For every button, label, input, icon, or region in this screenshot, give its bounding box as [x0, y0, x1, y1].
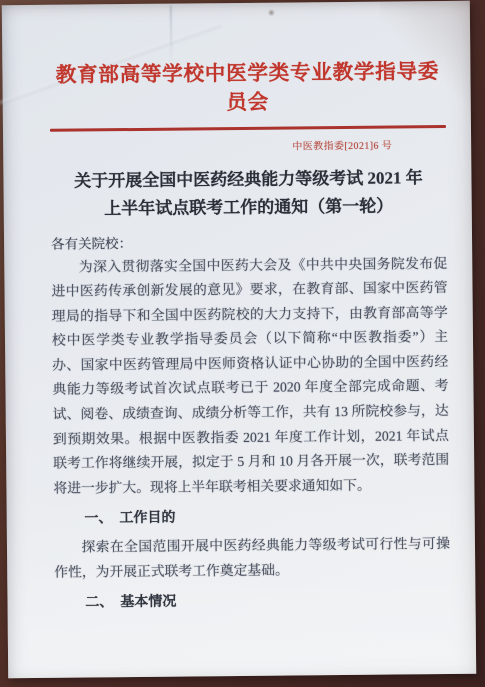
document-content: 教育部高等学校中医学类专业教学指导委员会 中医教指委[2021]6 号 关于开展… — [2, 1, 476, 617]
document-number: 中医教指委[2021]6 号 — [50, 136, 446, 155]
intro-paragraph: 为深入贯彻落实全国中医药大会及《中共中央国务院发布促进中医药传承创新发展的意见》… — [51, 251, 449, 501]
notice-title-line1: 关于开展全国中医药经典能力等级考试 2021 年 — [74, 168, 423, 190]
section-1-heading: 一、 工作目的 — [54, 504, 450, 532]
salutation: 各有关院校： — [51, 228, 447, 252]
section-2-heading: 二、 基本情况 — [54, 588, 450, 616]
notice-title-line2: 上半年试点联考工作的通知（第一轮） — [104, 196, 393, 218]
notice-title: 关于开展全国中医药经典能力等级考试 2021 年 上半年试点联考工作的通知（第一… — [50, 164, 447, 224]
letterhead-committee-name: 教育部高等学校中医学类专业教学指导委员会 — [49, 58, 446, 120]
photo-background: 教育部高等学校中医学类专业教学指导委员会 中医教指委[2021]6 号 关于开展… — [0, 0, 485, 687]
document-page: 教育部高等学校中医学类专业教学指导委员会 中医教指委[2021]6 号 关于开展… — [2, 1, 476, 678]
letterhead-divider — [50, 125, 446, 131]
section-1-body: 探索在全国范围开展中医药经典能力等级考试可行性与可操作性，为开展正式联考工作奠定… — [54, 532, 450, 585]
